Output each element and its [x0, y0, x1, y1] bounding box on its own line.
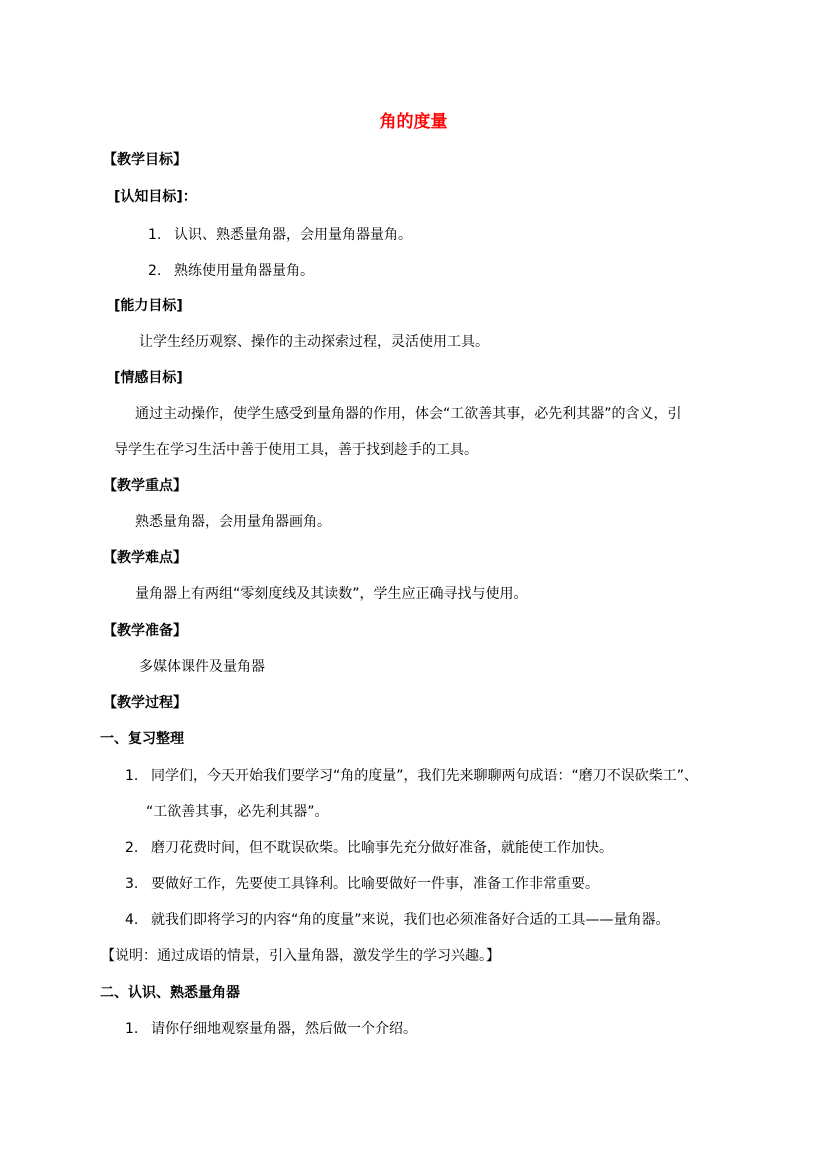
- paragraph-continued: 导学生在学习生活中善于使用工具，善于找到趁手的工具。: [114, 441, 478, 459]
- document-title: 角的度量: [0, 113, 827, 131]
- paragraph: 量角器上有两组“零刻度线及其读数”，学生应正确寻找与使用。: [135, 585, 528, 603]
- list-item-continued: “工欲善其事，必先利其器”。: [146, 803, 329, 821]
- subheading-cognitive-goals: [认知目标]：: [114, 188, 197, 206]
- paragraph: 多媒体课件及量角器: [139, 658, 265, 676]
- heading-process: 【教学过程】: [103, 694, 187, 712]
- list-item: 3.要做好工作，先要使工具锋利。比喻要做好一件事，准备工作非常重要。: [125, 875, 599, 893]
- subheading-ability-goals: [能力目标]: [114, 297, 183, 315]
- heading-difficulties: 【教学难点】: [103, 549, 187, 567]
- heading-key-points: 【教学重点】: [103, 477, 187, 495]
- paragraph: 熟悉量角器，会用量角器画角。: [135, 513, 331, 531]
- list-item: 1.认识、熟悉量角器，会用量角器量角。: [148, 226, 412, 244]
- heading-part1-review: 一、复习整理: [100, 730, 184, 748]
- heading-teaching-goals: 【教学目标】: [103, 151, 187, 169]
- paragraph: 通过主动操作，使学生感受到量角器的作用，体会“工欲善其事，必先利其器”的含义，引: [135, 405, 682, 423]
- list-item: 4.就我们即将学习的内容“角的度量”来说，我们也必须准备好合适的工具——量角器。: [125, 911, 670, 929]
- heading-preparation: 【教学准备】: [103, 622, 187, 640]
- list-item: 1.同学们，今天开始我们要学习“角的度量”，我们先来聊聊两句成语：“磨刀不误砍柴…: [125, 767, 698, 785]
- list-item: 2.磨刀花费时间，但不耽误砍柴。比喻事先充分做好准备，就能使工作加快。: [125, 839, 613, 857]
- list-item: 1.请你仔细地观察量角器，然后做一个介绍。: [125, 1020, 417, 1038]
- subheading-emotion-goals: [情感目标]: [114, 369, 183, 387]
- paragraph: 让学生经历观察、操作的主动探索过程，灵活使用工具。: [139, 333, 489, 351]
- heading-part2-protractor: 二、认识、熟悉量角器: [100, 984, 240, 1002]
- note: 【说明：通过成语的情景，引入量角器，激发学生的学习兴趣。】: [101, 947, 500, 965]
- list-item: 2.熟练使用量角器量角。: [148, 262, 314, 280]
